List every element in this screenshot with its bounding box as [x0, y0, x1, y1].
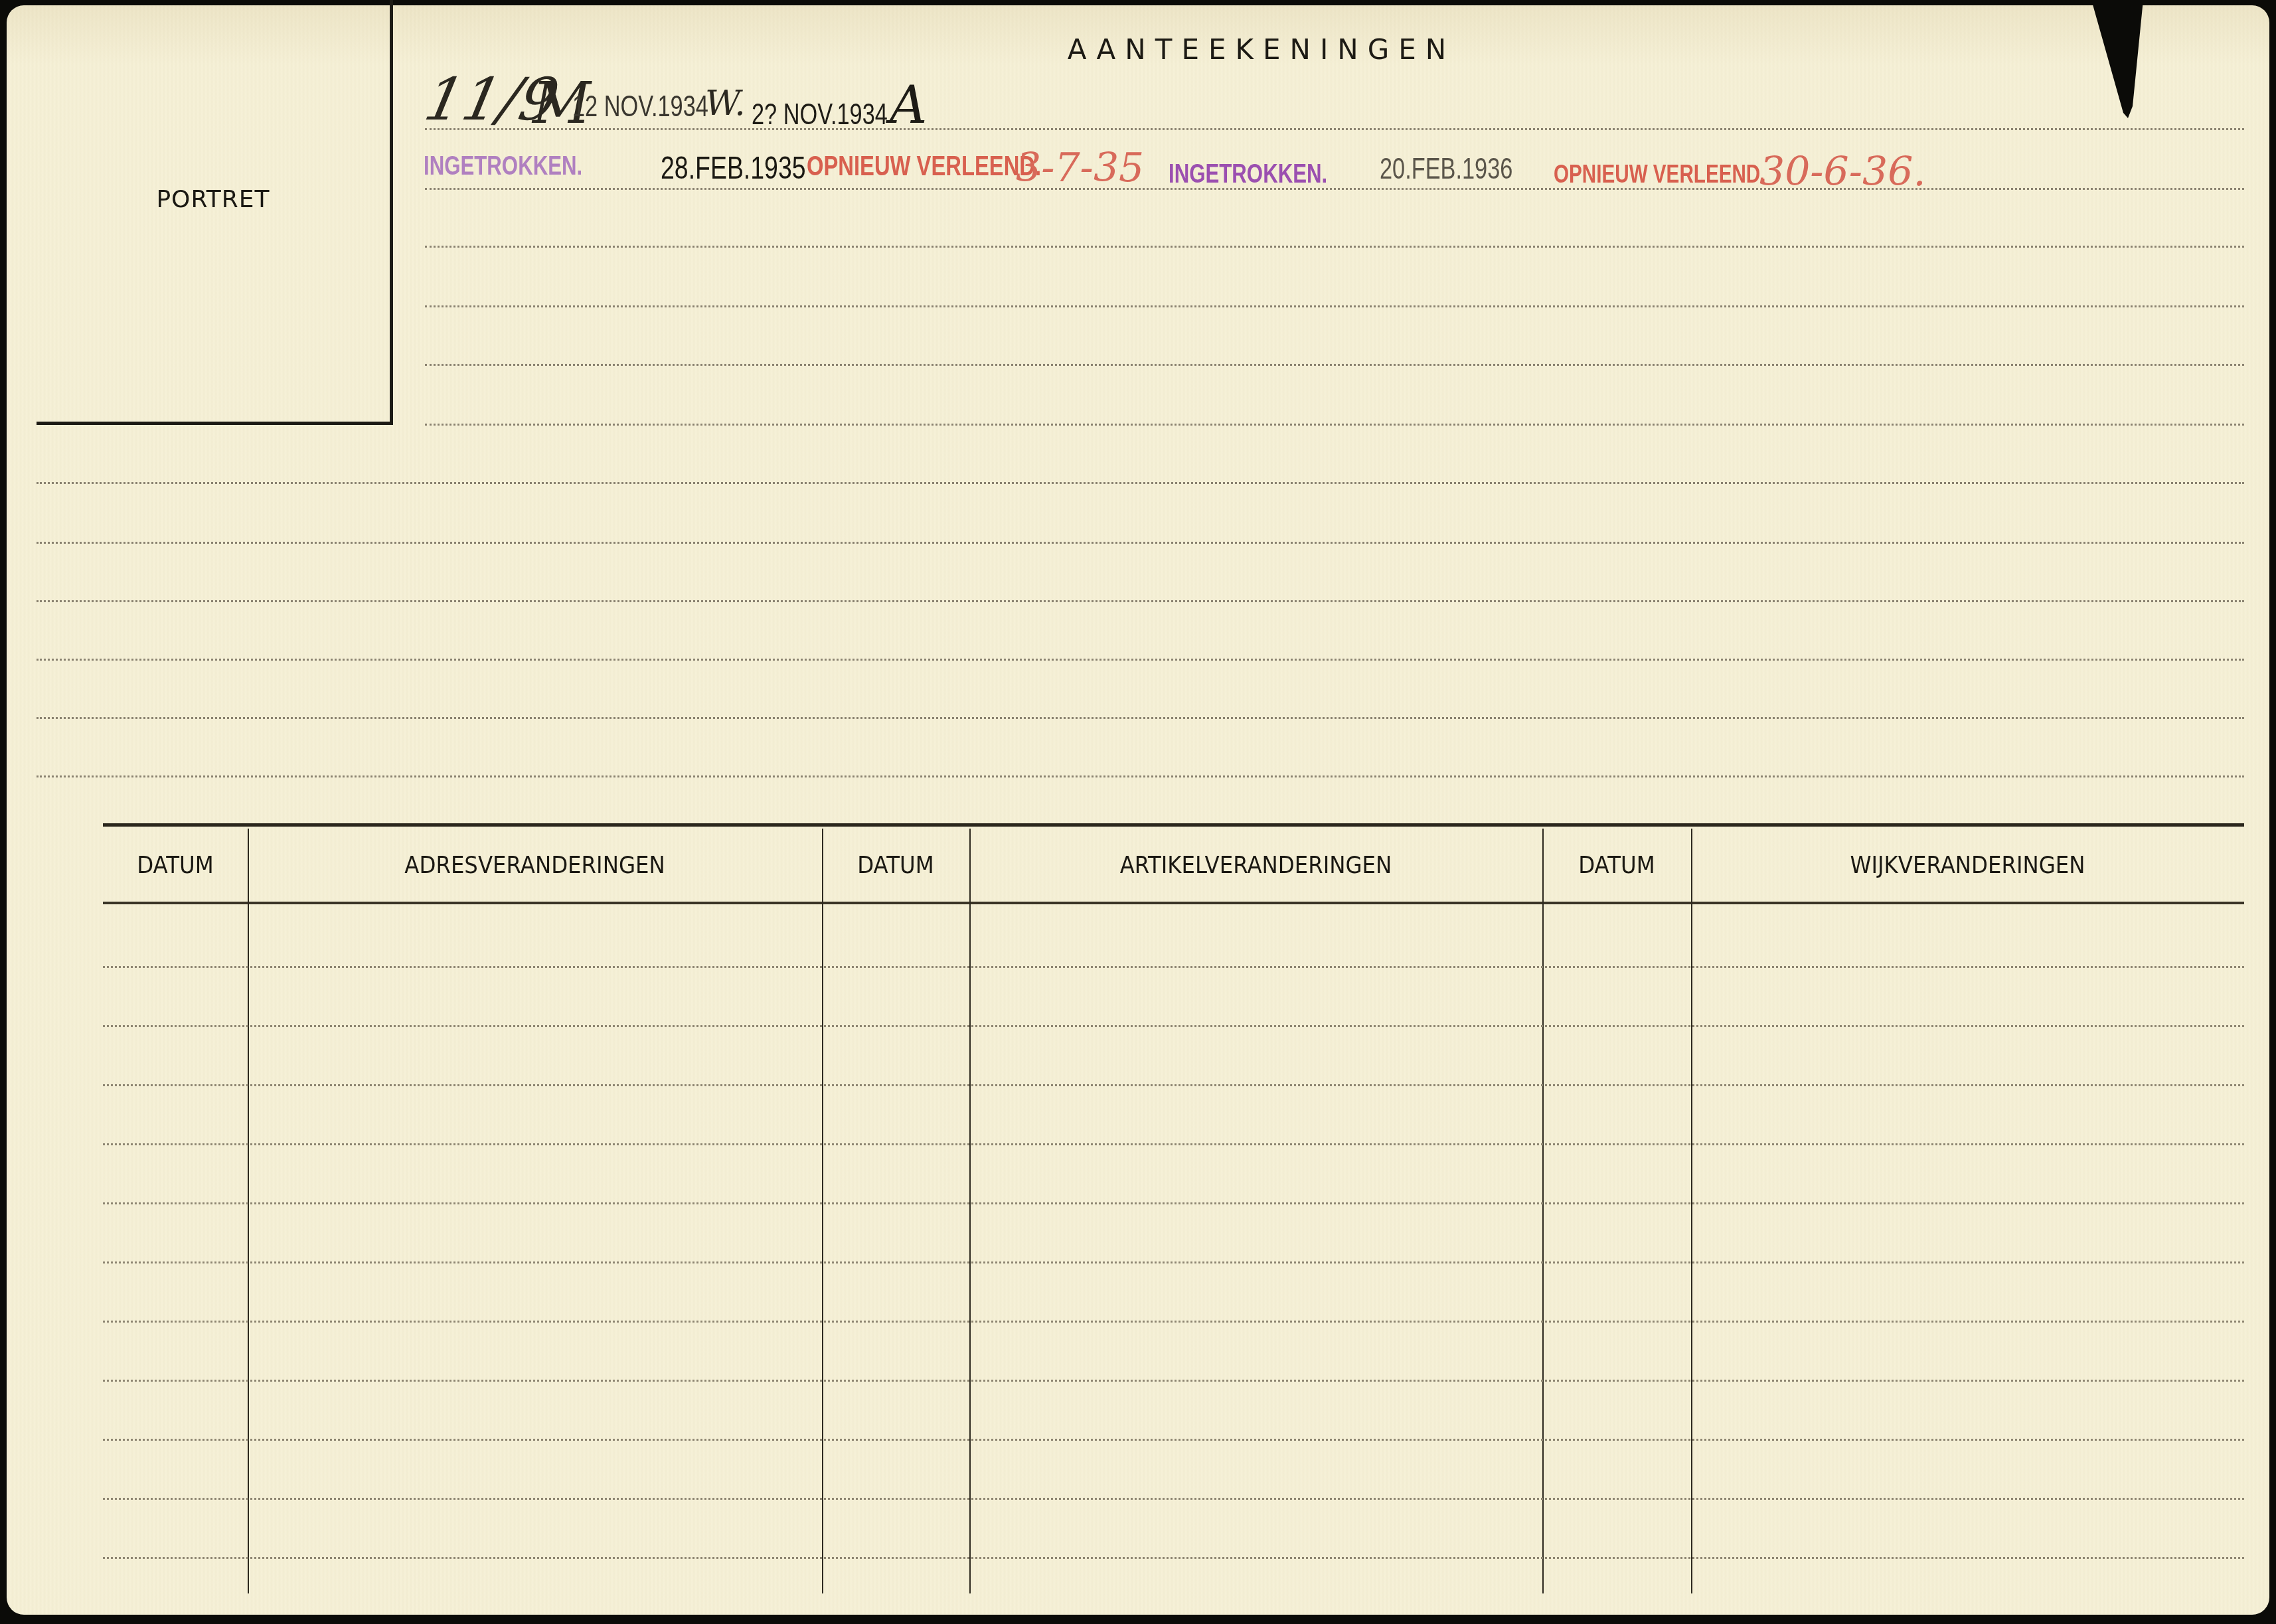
column-header-district-changes: WIJKVERANDERINGEN [1719, 842, 2217, 888]
stamp-reissued-2: OPNIEUW VERLEEND. [1554, 161, 1765, 189]
table-row [103, 1025, 2244, 1027]
table-header-rule [103, 902, 2244, 904]
column-header-address-changes: ADRESVERANDERINGEN [276, 842, 793, 888]
stamp-date-2: 2? NOV.1934 [752, 98, 888, 131]
table-row [103, 1557, 2244, 1559]
table-row [103, 1143, 2244, 1145]
stamp-date-3: 28.FEB.1935 [661, 150, 806, 187]
card-notch [2091, 0, 2145, 126]
notes-line [425, 364, 2244, 366]
notes-line [37, 482, 2244, 484]
notes-line [425, 188, 2244, 190]
table-row [103, 966, 2244, 968]
notes-line [425, 246, 2244, 248]
stamp-withdrawn-1: INGETROKKEN. [424, 151, 582, 181]
column-divider [1542, 829, 1544, 1593]
column-divider [969, 829, 971, 1593]
changes-table: DATUM ADRESVERANDERINGEN DATUM ARTIKELVE… [103, 823, 2244, 1593]
notes-line [37, 542, 2244, 544]
stamp-date-4: 20.FEB.1936 [1380, 153, 1512, 186]
table-row [103, 1321, 2244, 1323]
notes-line [37, 775, 2244, 777]
registration-card: PORTRET AANTEEKENINGEN 11/9 M 12 NOV.193… [7, 5, 2269, 1615]
notes-line [425, 305, 2244, 307]
handwritten-date-2: 30-6-36. [1759, 149, 1926, 195]
notes-line [425, 424, 2244, 426]
column-divider [822, 829, 823, 1593]
column-header-article-changes: ARTIKELVERANDERINGEN [998, 842, 1514, 888]
portrait-label: PORTRET [37, 186, 390, 213]
column-divider [1691, 829, 1692, 1593]
column-divider [248, 829, 249, 1593]
table-row [103, 1261, 2244, 1263]
column-header-datum-1: DATUM [110, 842, 240, 888]
notes-line [37, 659, 2244, 661]
notes-title: AANTEEKENINGEN [963, 33, 1560, 66]
table-row [103, 1498, 2244, 1500]
stamp-reissued-1: OPNIEUW VERLEEND. [807, 150, 1041, 182]
table-row [103, 1084, 2244, 1086]
column-header-datum-3: DATUM [1550, 842, 1684, 888]
column-header-datum-2: DATUM [829, 842, 962, 888]
handwritten-date-1: 3-7-35 [1016, 145, 1144, 191]
notes-line [425, 128, 2244, 130]
handwritten-w: W. [705, 84, 746, 123]
handwritten-a: A [890, 76, 927, 135]
table-row [103, 1380, 2244, 1382]
stamp-withdrawn-2: INGETROKKEN. [1169, 159, 1327, 189]
table-row [103, 1439, 2244, 1441]
table-top-rule [103, 823, 2244, 827]
portrait-box: PORTRET [37, 0, 393, 425]
notes-line [37, 600, 2244, 602]
table-row [103, 1202, 2244, 1204]
notes-line [37, 717, 2244, 719]
stamp-date-1: 12 NOV.1934 [572, 90, 708, 123]
